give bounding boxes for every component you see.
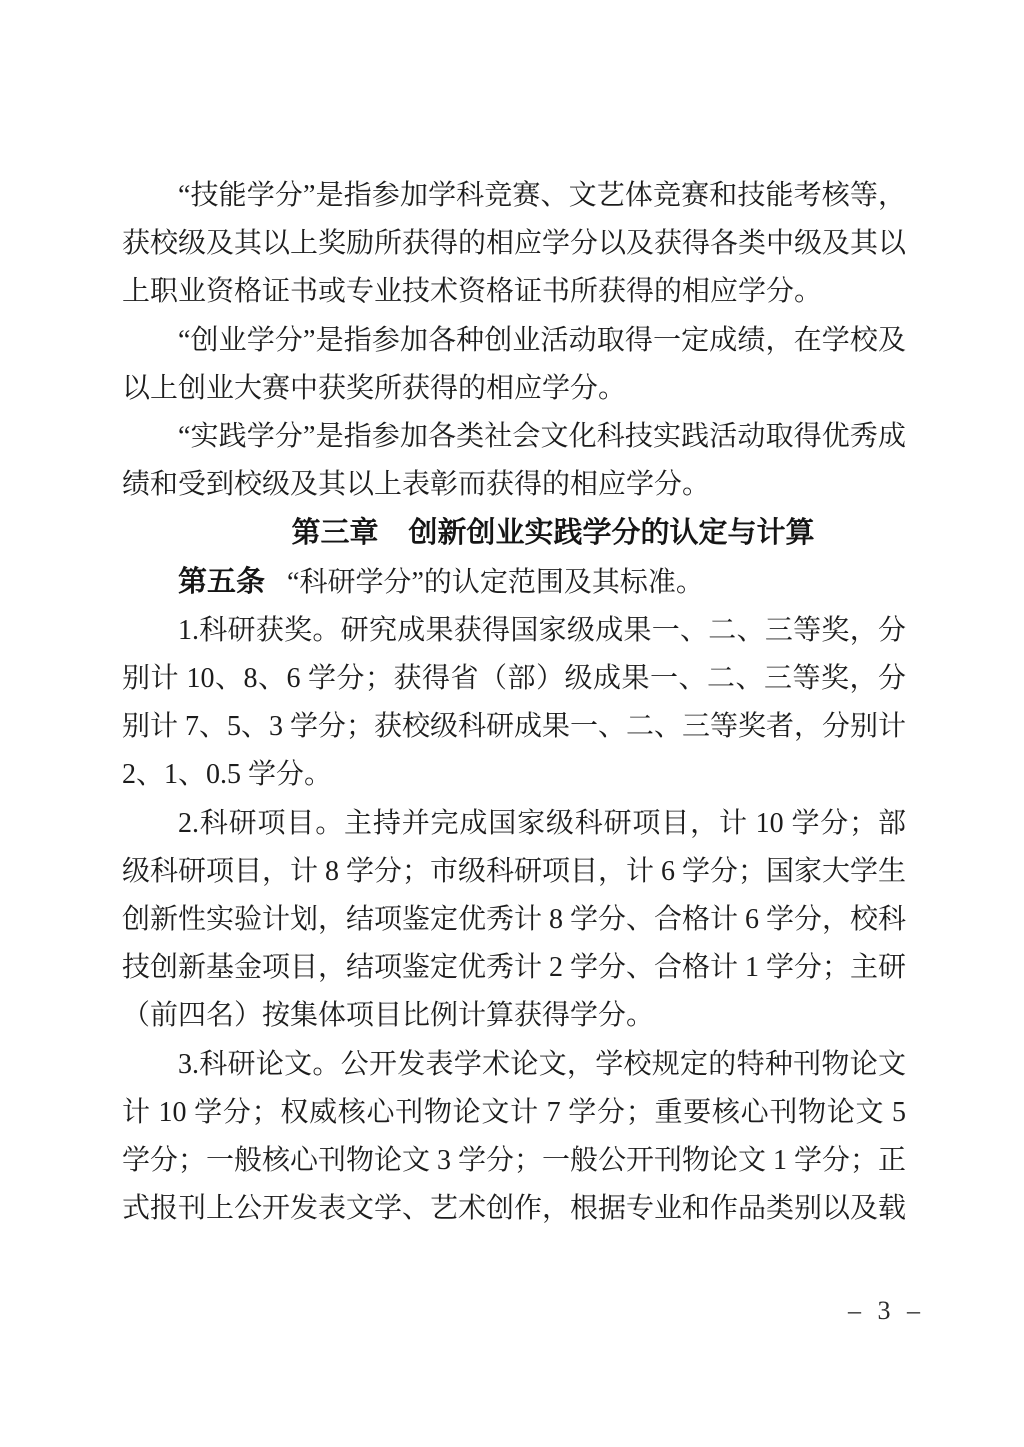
intro-paragraph-skill-credits: “技能学分”是指参加学科竞赛、文艺体竞赛和技能考核等，获校级及其以上奖励所获得的… — [122, 172, 906, 317]
page-number: – 3 – — [848, 1296, 925, 1326]
article-five-text: “科研学分”的认定范围及其标准。 — [287, 567, 704, 598]
article-five-label: 第五条 — [178, 566, 265, 598]
chapter-number: 第三章 — [291, 517, 378, 549]
chapter-heading: 第三章创新创业实践学分的认定与计算 — [122, 509, 906, 557]
document-page: “技能学分”是指参加学科竞赛、文艺体竞赛和技能考核等，获校级及其以上奖励所获得的… — [0, 0, 1024, 1447]
item-research-projects: 2.科研项目。主持并完成国家级科研项目，计 10 学分；部级科研项目，计 8 学… — [122, 800, 906, 1041]
item-research-papers: 3.科研论文。公开发表学术论文，学校规定的特种刊物论文计 10 学分；权威核心刊… — [122, 1041, 906, 1234]
document-content: “技能学分”是指参加学科竞赛、文艺体竞赛和技能考核等，获校级及其以上奖励所获得的… — [122, 172, 906, 1233]
intro-paragraph-practice-credits: “实践学分”是指参加各类社会文化科技实践活动取得优秀成绩和受到校级及其以上表彰而… — [122, 413, 906, 509]
intro-paragraph-entrepreneurship-credits: “创业学分”是指参加各种创业活动取得一定成绩，在学校及以上创业大赛中获奖所获得的… — [122, 317, 906, 413]
article-five-paragraph: 第五条“科研学分”的认定范围及其标准。 — [122, 558, 906, 607]
chapter-title: 创新创业实践学分的认定与计算 — [409, 517, 815, 549]
item-research-awards: 1.科研获奖。研究成果获得国家级成果一、二、三等奖，分别计 10、8、6 学分；… — [122, 607, 906, 800]
